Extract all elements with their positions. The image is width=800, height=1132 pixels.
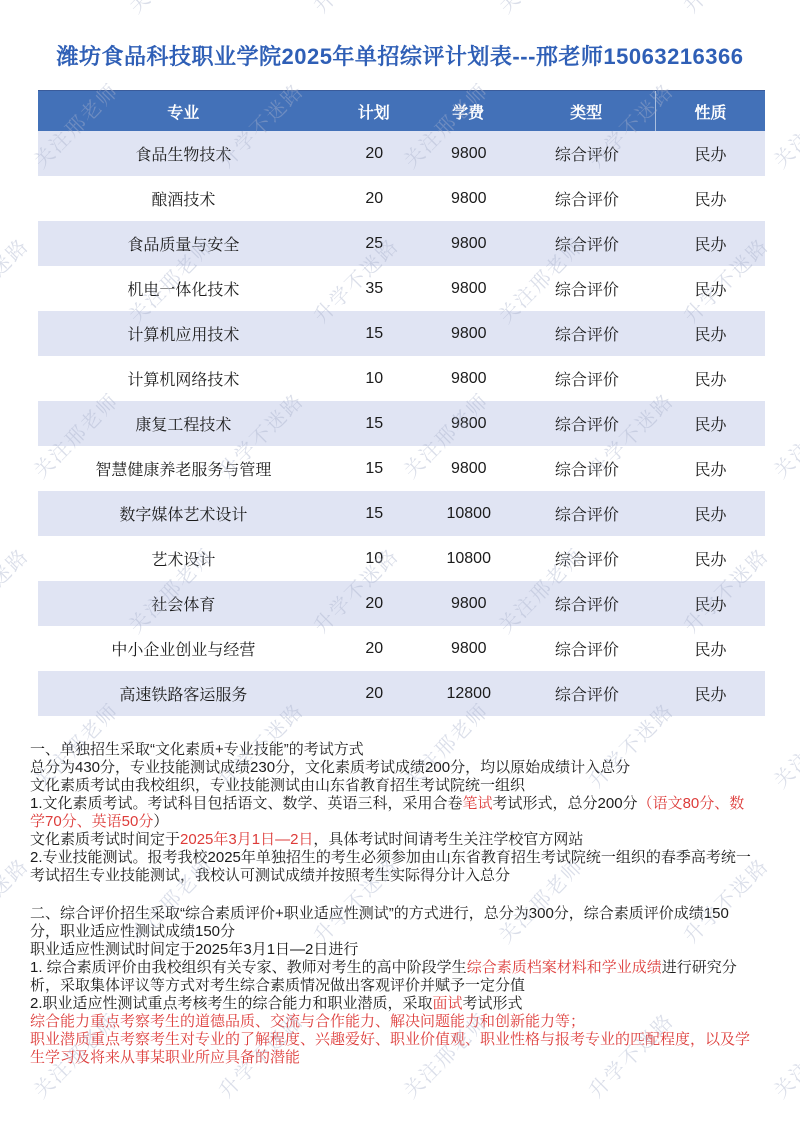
table-cell: 民办 [656,671,765,716]
table-cell: 计算机网络技术 [38,356,329,401]
table-cell: 康复工程技术 [38,401,329,446]
table-cell: 综合评价 [518,581,656,626]
note-line: 1.文化素质考试。考试科目包括语文、数学、英语三科，采用合卷笔试考试形式，总分2… [30,795,778,813]
table-cell: 9800 [420,311,518,356]
table-cell: 民办 [656,356,765,401]
column-header: 类型 [517,91,655,131]
table-cell: 15 [329,491,420,536]
table-cell: 10800 [420,491,518,536]
table-row: 计算机应用技术159800综合评价民办 [38,311,765,356]
note-section: 一、单独招生采取“文化素质+专业技能”的考试方式总分为430分，专业技能测试成绩… [30,741,778,885]
page: 潍坊食品科技职业学院2025年单招综评计划表---邢老师15063216366 … [0,0,800,1132]
table-cell: 综合评价 [518,536,656,581]
note-line: 一、单独招生采取“文化素质+专业技能”的考试方式 [30,741,778,759]
column-header: 计划 [328,91,419,131]
table-row: 智慧健康养老服务与管理159800综合评价民办 [38,446,765,491]
table-cell: 15 [329,311,420,356]
table-row: 机电一体化技术359800综合评价民办 [38,266,765,311]
table-cell: 9800 [420,176,518,221]
table-cell: 9800 [420,446,518,491]
table-cell: 综合评价 [518,671,656,716]
table-cell: 20 [329,176,420,221]
note-line: 职业适应性测试时间定于2025年3月1日—2日进行 [30,941,778,959]
note-line: 2.专业技能测试。报考我校2025年单独招生的考生必须参加由山东省教育招生考试院… [30,849,778,867]
column-header: 专业 [38,91,328,131]
table-cell: 20 [329,671,420,716]
watermark-text: 关注邢老师 [766,75,800,173]
table-cell: 9800 [420,581,518,626]
table-cell: 35 [329,266,420,311]
table-cell: 9800 [420,626,518,671]
note-line: 学70分、英语50分） [30,813,778,831]
note-line: 分，职业适应性测试成绩150分 [30,923,778,941]
watermark-text: 升学不迷路 [0,0,34,19]
table-cell: 综合评价 [518,491,656,536]
table-cell: 15 [329,446,420,491]
watermark-text: 关注邢老师 [121,0,219,19]
table-cell: 艺术设计 [38,536,329,581]
table-row: 食品质量与安全259800综合评价民办 [38,221,765,266]
table-cell: 25 [329,221,420,266]
table-cell: 9800 [420,356,518,401]
watermark-text: 升学不迷路 [0,540,34,638]
table-cell: 20 [329,626,420,671]
table-cell: 12800 [420,671,518,716]
table-cell: 民办 [656,266,765,311]
table-cell: 酿酒技术 [38,176,329,221]
column-header: 性质 [655,91,765,131]
note-line: 生学习及将来从事某职业所应具备的潜能 [30,1049,778,1067]
table-cell: 民办 [656,131,765,176]
note-line: 析，采取集体评议等方式对考生综合素质情况做出客观评价并赋予一定分值 [30,977,778,995]
note-line: 二、综合评价招生采取“综合素质评价+职业适应性测试”的方式进行，总分为300分，… [30,905,778,923]
table-row: 数字媒体艺术设计1510800综合评价民办 [38,491,765,536]
table-row: 食品生物技术209800综合评价民办 [38,131,765,176]
table-cell: 10800 [420,536,518,581]
table-cell: 综合评价 [518,311,656,356]
watermark-text: 升学不迷路 [306,0,404,19]
page-title: 潍坊食品科技职业学院2025年单招综评计划表---邢老师15063216366 [0,40,800,71]
note-line: 职业潜质重点考察考生对专业的了解程度、兴趣爱好、职业价值观、职业性格与报考专业的… [30,1031,778,1049]
table-cell: 15 [329,401,420,446]
note-section: 二、综合评价招生采取“综合素质评价+职业适应性测试”的方式进行，总分为300分，… [30,905,778,1067]
note-line: 综合能力重点考察考生的道德品质、交流与合作能力、解决问题能力和创新能力等； [30,1013,778,1031]
table-header-row: 专业计划学费类型性质 [38,90,765,131]
table-row: 计算机网络技术109800综合评价民办 [38,356,765,401]
table-cell: 综合评价 [518,356,656,401]
table-row: 高速铁路客运服务2012800综合评价民办 [38,671,765,716]
table-row: 酿酒技术209800综合评价民办 [38,176,765,221]
table-cell: 综合评价 [518,221,656,266]
note-line: 1. 综合素质评价由我校组织有关专家、教师对考生的高中阶段学生综合素质档案材料和… [30,959,778,977]
table-cell: 综合评价 [518,401,656,446]
table-cell: 综合评价 [518,446,656,491]
table-cell: 食品质量与安全 [38,221,329,266]
table-cell: 社会体育 [38,581,329,626]
table-row: 艺术设计1010800综合评价民办 [38,536,765,581]
watermark-text: 升学不迷路 [0,230,34,328]
table-cell: 民办 [656,401,765,446]
table-cell: 民办 [656,626,765,671]
table-cell: 数字媒体艺术设计 [38,491,329,536]
note-line: 文化素质考试时间定于2025年3月1日—2日，具体考试时间请考生关注学校官方网站 [30,831,778,849]
watermark-text: 关注邢老师 [491,0,589,19]
table-row: 社会体育209800综合评价民办 [38,581,765,626]
table-cell: 食品生物技术 [38,131,329,176]
exam-notes: 一、单独招生采取“文化素质+专业技能”的考试方式总分为430分，专业技能测试成绩… [30,741,778,1067]
table-cell: 智慧健康养老服务与管理 [38,446,329,491]
table-cell: 高速铁路客运服务 [38,671,329,716]
table-cell: 计算机应用技术 [38,311,329,356]
column-header: 学费 [419,91,517,131]
table-cell: 中小企业创业与经营 [38,626,329,671]
table-cell: 综合评价 [518,131,656,176]
note-line: 总分为430分，专业技能测试成绩230分，文化素质考试成绩200分，均以原始成绩… [30,759,778,777]
table-cell: 20 [329,581,420,626]
note-line: 2.职业适应性测试重点考核考生的综合能力和职业潜质，采取面试考试形式 [30,995,778,1013]
table-cell: 民办 [656,446,765,491]
table-row: 康复工程技术159800综合评价民办 [38,401,765,446]
table-cell: 民办 [656,491,765,536]
table-cell: 10 [329,536,420,581]
table-row: 中小企业创业与经营209800综合评价民办 [38,626,765,671]
table-cell: 民办 [656,221,765,266]
table-cell: 民办 [656,536,765,581]
watermark-text: 升学不迷路 [676,0,774,19]
table-body: 食品生物技术209800综合评价民办酿酒技术209800综合评价民办食品质量与安… [38,131,765,716]
table-cell: 10 [329,356,420,401]
table-cell: 民办 [656,176,765,221]
table-cell: 民办 [656,581,765,626]
table-cell: 综合评价 [518,266,656,311]
table-cell: 20 [329,131,420,176]
table-cell: 9800 [420,131,518,176]
admission-plan-table: 专业计划学费类型性质 食品生物技术209800综合评价民办酿酒技术209800综… [38,90,765,716]
note-line: 文化素质考试由我校组织，专业技能测试由山东省教育招生考试院统一组织 [30,777,778,795]
table-cell: 9800 [420,266,518,311]
table-cell: 机电一体化技术 [38,266,329,311]
note-line: 考试招生专业技能测试，我校认可测试成绩并按照考生实际得分计入总分 [30,867,778,885]
table-cell: 9800 [420,221,518,266]
watermark-text: 关注邢老师 [766,385,800,483]
table-cell: 9800 [420,401,518,446]
table-cell: 民办 [656,311,765,356]
table-cell: 综合评价 [518,176,656,221]
table-cell: 综合评价 [518,626,656,671]
